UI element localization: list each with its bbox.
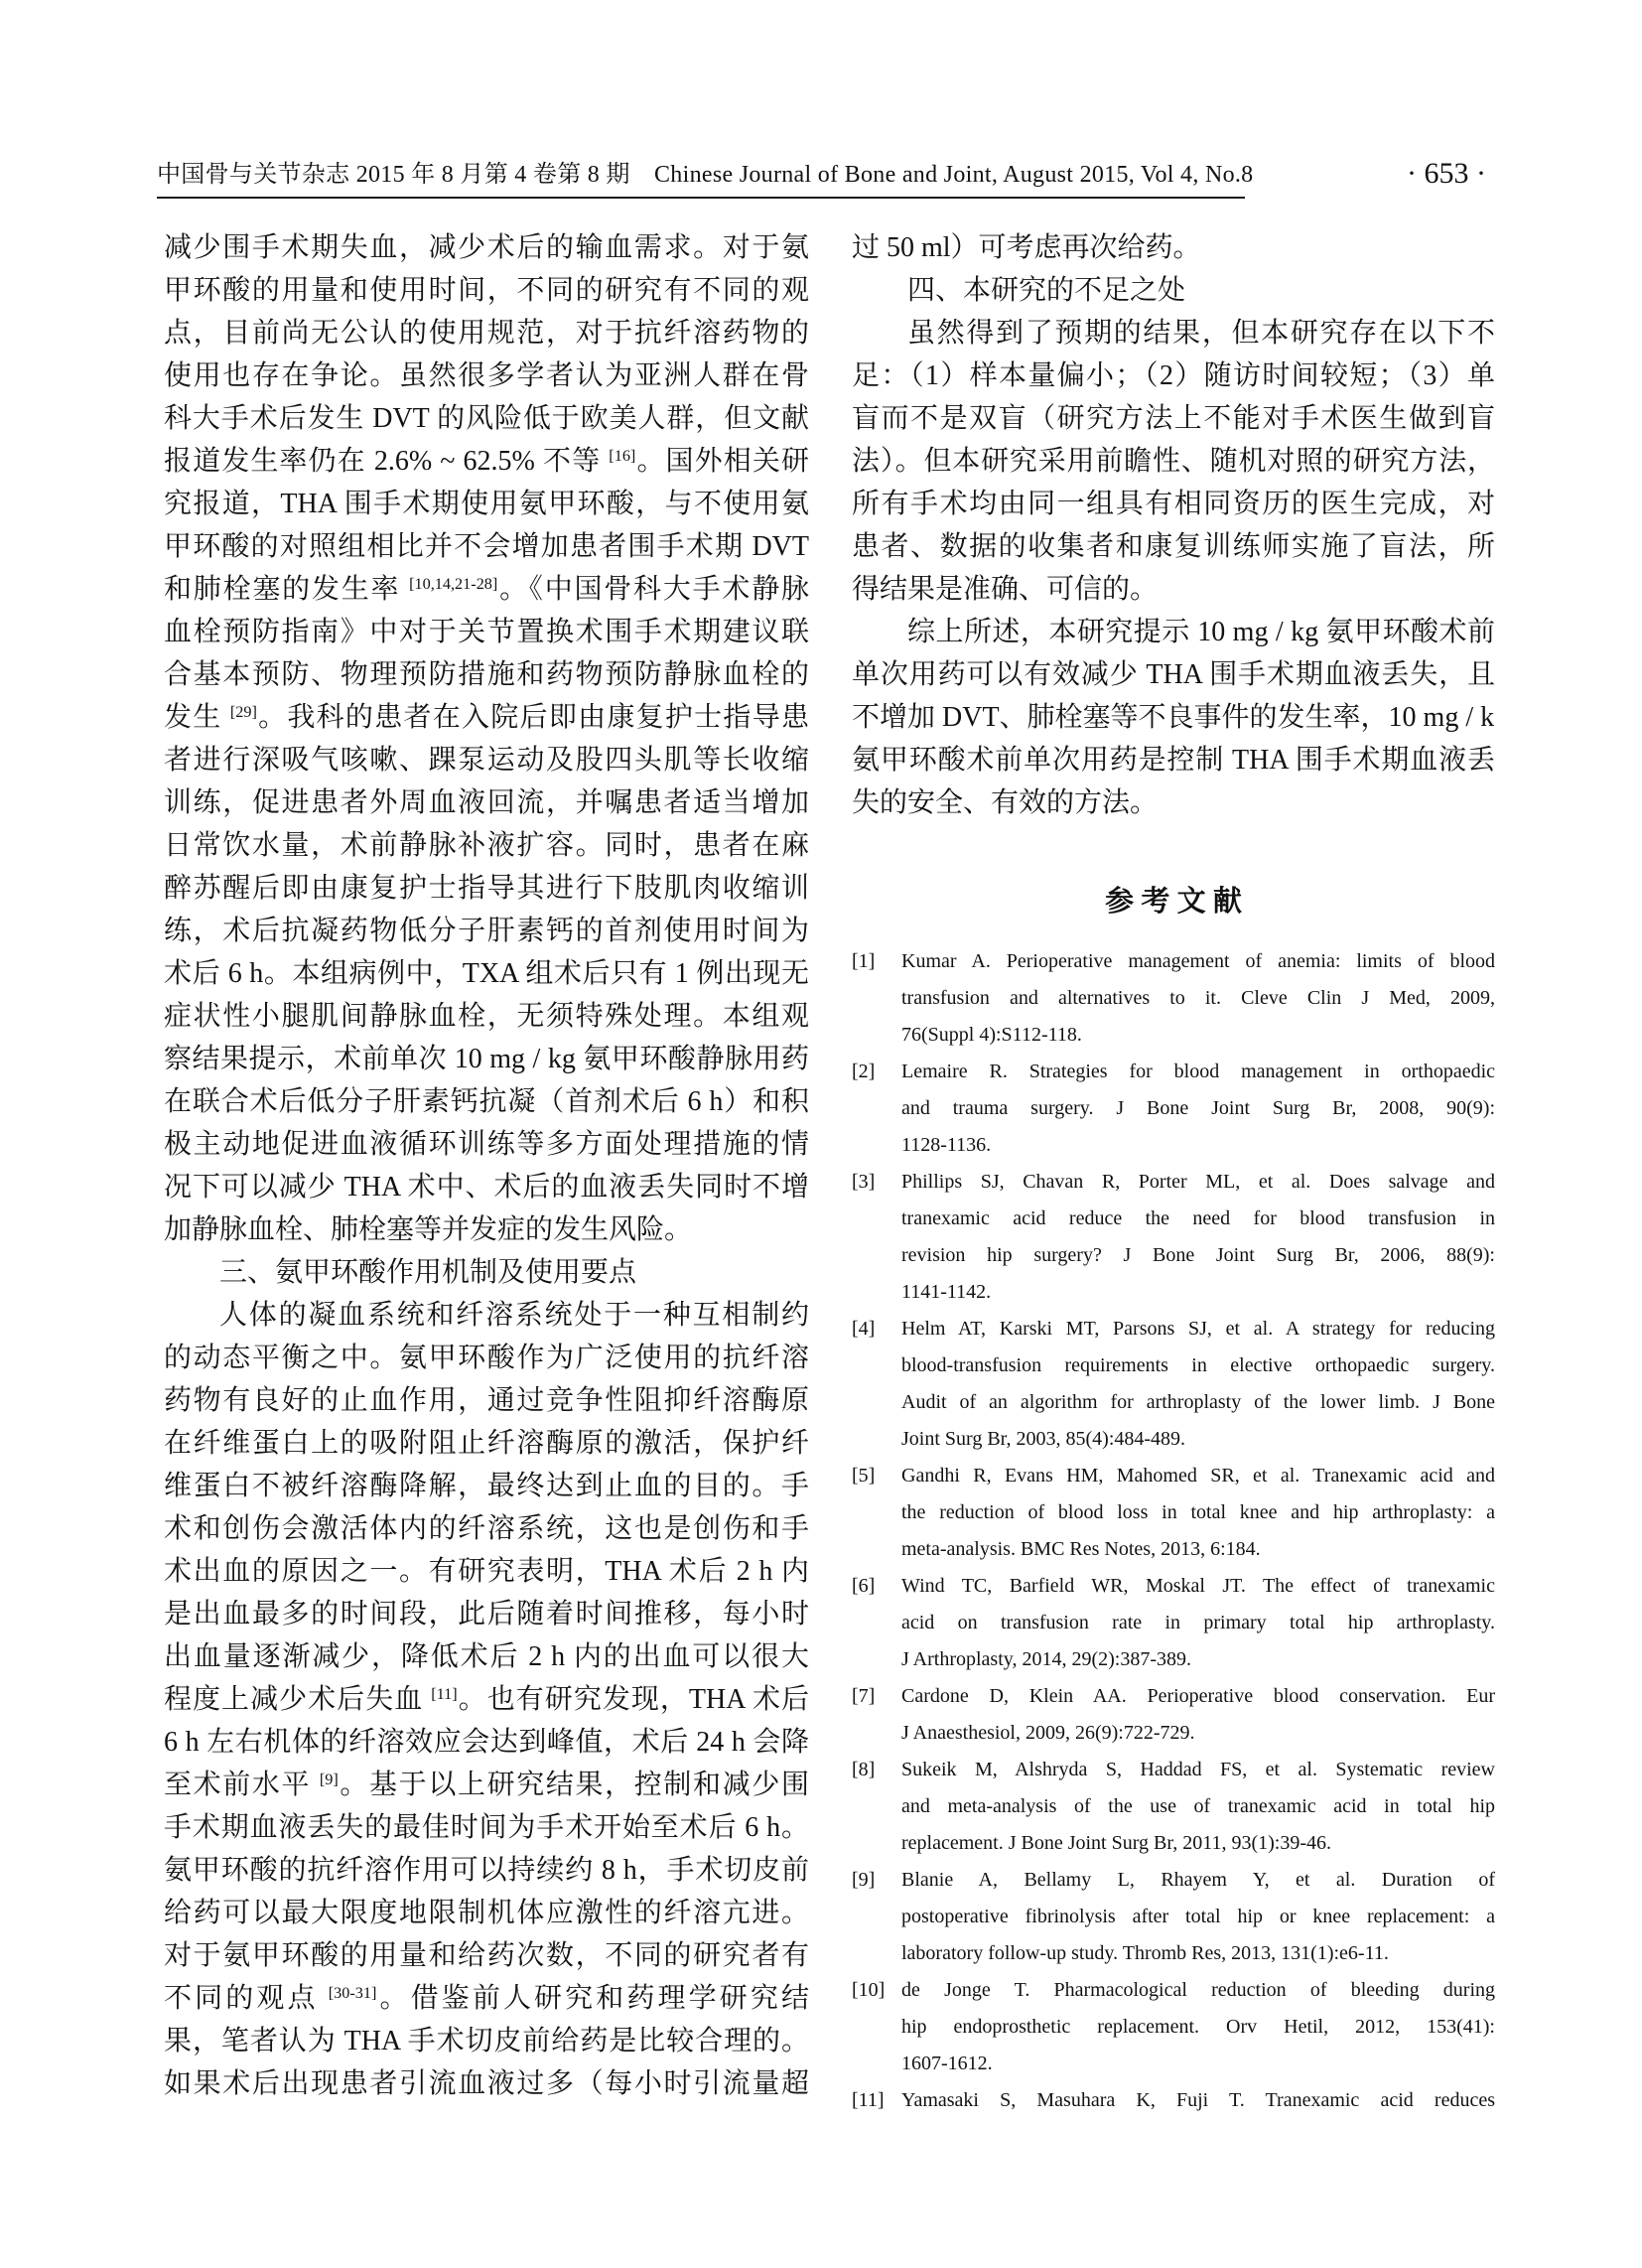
reference-item: [8]Sukeik M, Alshryda S, Haddad FS, et a…: [852, 1752, 1495, 1862]
text-line: 果，笔者认为 THA 手术切皮前给药是比较合理的。: [164, 2020, 809, 2062]
reference-item: [10]de Jonge T. Pharmacological reductio…: [852, 1972, 1495, 2082]
text-line: 给药可以最大限度地限制机体应激性的纤溶亢进。: [164, 1892, 809, 1934]
text-line: 维蛋白不被纤溶酶降解，最终达到止血的目的。手: [164, 1465, 809, 1507]
text-line: 程度上减少术后失血 [11]。也有研究发现，THA 术后: [164, 1678, 809, 1721]
text-line: 加静脉血栓、肺栓塞等并发症的发生风险。: [164, 1208, 809, 1251]
reference-line: 1128-1136.: [901, 1127, 1495, 1164]
references-title: 参 考 文 献: [852, 882, 1495, 921]
reference-item: [3]Phillips SJ, Chavan R, Porter ML, et …: [852, 1164, 1495, 1311]
reference-text: Gandhi R, Evans HM, Mahomed SR, et al. T…: [901, 1458, 1495, 1568]
text-line: 足：（1）样本量偏小；（2）随访时间较短；（3）单: [852, 354, 1495, 397]
text-line: 报道发生率仍在 2.6% ~ 62.5% 不等 [16]。国外相关研: [164, 440, 809, 483]
text-line: 患者、数据的收集者和康复训练师实施了盲法，所: [852, 525, 1495, 568]
reference-line: laboratory follow-up study. Thromb Res, …: [901, 1935, 1495, 1972]
reference-item: [7]Cardone D, Klein AA. Perioperative bl…: [852, 1678, 1495, 1752]
text-line: 得结果是准确、可信的。: [852, 568, 1495, 611]
text-line: 人体的凝血系统和纤溶系统处于一种互相制约: [164, 1294, 809, 1337]
text-line: 虽然得到了预期的结果，但本研究存在以下不: [852, 312, 1495, 354]
reference-line: tranexamic acid reduce the need for bloo…: [901, 1201, 1495, 1237]
text-line: 在联合术后低分子肝素钙抗凝（首剂术后 6 h）和积: [164, 1080, 809, 1123]
reference-number: [4]: [852, 1311, 901, 1458]
reference-line: Helm AT, Karski MT, Parsons SJ, et al. A…: [901, 1311, 1495, 1347]
reference-line: Cardone D, Klein AA. Perioperative blood…: [901, 1678, 1495, 1715]
reference-line: Blanie A, Bellamy L, Rhayem Y, et al. Du…: [901, 1862, 1495, 1899]
text-line: 甲环酸的对照组相比并不会增加患者围手术期 DVT: [164, 525, 809, 568]
text-line: 者进行深吸气咳嗽、踝泵运动及股四头肌等长收缩: [164, 739, 809, 781]
text-line: 法）。但本研究采用前瞻性、随机对照的研究方法，: [852, 440, 1495, 483]
text-line: 血栓预防指南》中对于关节置换术围手术期建议联: [164, 611, 809, 653]
text-line: 合基本预防、物理预防措施和药物预防静脉血栓的: [164, 653, 809, 696]
reference-text: Kumar A. Perioperative management of ane…: [901, 943, 1495, 1054]
reference-item: [1]Kumar A. Perioperative management of …: [852, 943, 1495, 1054]
reference-number: [3]: [852, 1164, 901, 1311]
text-line: 症状性小腿肌间静脉血栓，无须特殊处理。本组观: [164, 995, 809, 1038]
reference-line: the reduction of blood loss in total kne…: [901, 1494, 1495, 1531]
reference-line: Gandhi R, Evans HM, Mahomed SR, et al. T…: [901, 1458, 1495, 1494]
text-line: 综上所述，本研究提示 10 mg / kg 氨甲环酸术前: [852, 611, 1495, 653]
text-line: 药物有良好的止血作用，通过竞争性阻抑纤溶酶原: [164, 1379, 809, 1422]
text-line: 出血量逐渐减少，降低术后 2 h 内的出血可以很大: [164, 1635, 809, 1678]
reference-text: Sukeik M, Alshryda S, Haddad FS, et al. …: [901, 1752, 1495, 1862]
text-line: 如果术后出现患者引流血液过多（每小时引流量超: [164, 2062, 809, 2105]
reference-number: [10]: [852, 1972, 901, 2082]
reference-text: Wind TC, Barfield WR, Moskal JT. The eff…: [901, 1568, 1495, 1678]
reference-text: Helm AT, Karski MT, Parsons SJ, et al. A…: [901, 1311, 1495, 1458]
reference-item: [5]Gandhi R, Evans HM, Mahomed SR, et al…: [852, 1458, 1495, 1568]
reference-line: J Anaesthesiol, 2009, 26(9):722-729.: [901, 1715, 1495, 1752]
text-line: 日常饮水量，术前静脉补液扩容。同时，患者在麻: [164, 824, 809, 867]
reference-line: Joint Surg Br, 2003, 85(4):484-489.: [901, 1421, 1495, 1458]
text-line: 手术期血液丢失的最佳时间为手术开始至术后 6 h。: [164, 1806, 809, 1849]
text-line: 失的安全、有效的方法。: [852, 781, 1495, 824]
reference-line: Lemaire R. Strategies for blood manageme…: [901, 1054, 1495, 1090]
text-line: 所有手术均由同一组具有相同资历的医生完成，对: [852, 483, 1495, 525]
reference-line: transfusion and alternatives to it. Clev…: [901, 980, 1495, 1017]
text-line: 使用也存在争论。虽然很多学者认为亚洲人群在骨: [164, 354, 809, 397]
text-line: 究报道，THA 围手术期使用氨甲环酸，与不使用氨: [164, 483, 809, 525]
text-line: 极主动地促进血液循环训练等多方面处理措施的情: [164, 1123, 809, 1166]
reference-text: Cardone D, Klein AA. Perioperative blood…: [901, 1678, 1495, 1752]
reference-text: Yamasaki S, Masuhara K, Fuji T. Tranexam…: [901, 2082, 1495, 2119]
reference-number: [9]: [852, 1862, 901, 1972]
reference-line: acid on transfusion rate in primary tota…: [901, 1605, 1495, 1641]
text-line: 术后 6 h。本组病例中，TXA 组术后只有 1 例出现无: [164, 952, 809, 995]
text-line: 发生 [29]。我科的患者在入院后即由康复护士指导患: [164, 696, 809, 739]
text-line: 三、氨甲环酸作用机制及使用要点: [164, 1251, 809, 1294]
reference-line: and trauma surgery. J Bone Joint Surg Br…: [901, 1090, 1495, 1127]
reference-line: blood-transfusion requirements in electi…: [901, 1347, 1495, 1384]
text-line: 练，术后抗凝药物低分子肝素钙的首剂使用时间为: [164, 910, 809, 952]
text-line: 至术前水平 [9]。基于以上研究结果，控制和减少围: [164, 1764, 809, 1806]
reference-line: Wind TC, Barfield WR, Moskal JT. The eff…: [901, 1568, 1495, 1605]
reference-line: 76(Suppl 4):S112-118.: [901, 1017, 1495, 1054]
reference-number: [5]: [852, 1458, 901, 1568]
reference-line: meta-analysis. BMC Res Notes, 2013, 6:18…: [901, 1531, 1495, 1568]
text-line: 对于氨甲环酸的用量和给药次数，不同的研究者有: [164, 1934, 809, 1977]
text-line: 和肺栓塞的发生率 [10,14,21-28]。《中国骨科大手术静脉: [164, 568, 809, 611]
reference-line: de Jonge T. Pharmacological reduction of…: [901, 1972, 1495, 2009]
text-line: 的动态平衡之中。氨甲环酸作为广泛使用的抗纤溶: [164, 1337, 809, 1379]
reference-number: [7]: [852, 1678, 901, 1752]
references-list: [1]Kumar A. Perioperative management of …: [852, 943, 1495, 2119]
reference-line: Kumar A. Perioperative management of ane…: [901, 943, 1495, 980]
reference-item: [6]Wind TC, Barfield WR, Moskal JT. The …: [852, 1568, 1495, 1678]
reference-item: [4]Helm AT, Karski MT, Parsons SJ, et al…: [852, 1311, 1495, 1458]
text-line: 点，目前尚无公认的使用规范，对于抗纤溶药物的: [164, 312, 809, 354]
text-line: 科大手术后发生 DVT 的风险低于欧美人群，但文献: [164, 397, 809, 440]
reference-line: Phillips SJ, Chavan R, Porter ML, et al.…: [901, 1164, 1495, 1201]
reference-line: Sukeik M, Alshryda S, Haddad FS, et al. …: [901, 1752, 1495, 1788]
reference-line: 1141-1142.: [901, 1274, 1495, 1311]
reference-line: hip endoprosthetic replacement. Orv Heti…: [901, 2009, 1495, 2046]
left-column: 减少围手术期失血，减少术后的输血需求。对于氨甲环酸的用量和使用时间，不同的研究有…: [164, 226, 809, 2105]
journal-page: 中国骨与关节杂志 2015 年 8 月第 4 卷第 8 期 Chinese Jo…: [0, 0, 1642, 2268]
text-line: 是出血最多的时间段，此后随着时间推移，每小时: [164, 1593, 809, 1635]
reference-line: postoperative fibrinolysis after total h…: [901, 1899, 1495, 1935]
text-line: 不增加 DVT、肺栓塞等不良事件的发生率，10 mg / kg: [852, 696, 1495, 739]
reference-number: [6]: [852, 1568, 901, 1678]
reference-line: revision hip surgery? J Bone Joint Surg …: [901, 1237, 1495, 1274]
reference-line: 1607-1612.: [901, 2046, 1495, 2082]
text-line: 过 50 ml）可考虑再次给药。: [852, 226, 1495, 269]
reference-text: Lemaire R. Strategies for blood manageme…: [901, 1054, 1495, 1164]
text-line: 醉苏醒后即由康复护士指导其进行下肢肌肉收缩训: [164, 867, 809, 910]
reference-line: Yamasaki S, Masuhara K, Fuji T. Tranexam…: [901, 2082, 1495, 2119]
text-line: 6 h 左右机体的纤溶效应会达到峰值，术后 24 h 会降: [164, 1721, 809, 1764]
reference-line: Audit of an algorithm for arthroplasty o…: [901, 1384, 1495, 1421]
text-line: 察结果提示，术前单次 10 mg / kg 氨甲环酸静脉用药: [164, 1038, 809, 1080]
reference-item: [11]Yamasaki S, Masuhara K, Fuji T. Tran…: [852, 2082, 1495, 2119]
text-line: 训练，促进患者外周血液回流，并嘱患者适当增加: [164, 781, 809, 824]
text-line: 氨甲环酸术前单次用药是控制 THA 围手术期血液丢: [852, 739, 1495, 781]
text-line: 不同的观点 [30-31]。借鉴前人研究和药理学研究结: [164, 1977, 809, 2020]
text-line: 在纤维蛋白上的吸附阻止纤溶酶原的激活，保护纤: [164, 1422, 809, 1465]
text-line: 氨甲环酸的抗纤溶作用可以持续约 8 h，手术切皮前: [164, 1849, 809, 1892]
reference-line: and meta-analysis of the use of tranexam…: [901, 1788, 1495, 1825]
reference-text: de Jonge T. Pharmacological reduction of…: [901, 1972, 1495, 2082]
reference-number: [1]: [852, 943, 901, 1054]
text-line: 况下可以减少 THA 术中、术后的血液丢失同时不增: [164, 1166, 809, 1208]
text-line: 四、本研究的不足之处: [852, 269, 1495, 312]
reference-number: [11]: [852, 2082, 901, 2119]
text-line: 术出血的原因之一。有研究表明，THA 术后 2 h 内: [164, 1550, 809, 1593]
reference-line: J Arthroplasty, 2014, 29(2):387-389.: [901, 1641, 1495, 1678]
page-number: · 653 ·: [1392, 157, 1501, 191]
text-line: 单次用药可以有效减少 THA 围手术期血液丢失，且: [852, 653, 1495, 696]
text-line: 盲而不是双盲（研究方法上不能对手术医生做到盲: [852, 397, 1495, 440]
reference-item: [2]Lemaire R. Strategies for blood manag…: [852, 1054, 1495, 1164]
journal-citation-header: 中国骨与关节杂志 2015 年 8 月第 4 卷第 8 期 Chinese Jo…: [157, 159, 1245, 199]
text-line: 甲环酸的用量和使用时间，不同的研究有不同的观: [164, 269, 809, 312]
text-line: 减少围手术期失血，减少术后的输血需求。对于氨: [164, 226, 809, 269]
text-line: 术和创伤会激活体内的纤溶系统，这也是创伤和手: [164, 1507, 809, 1550]
reference-text: Blanie A, Bellamy L, Rhayem Y, et al. Du…: [901, 1862, 1495, 1972]
reference-number: [2]: [852, 1054, 901, 1164]
reference-line: replacement. J Bone Joint Surg Br, 2011,…: [901, 1825, 1495, 1862]
reference-item: [9]Blanie A, Bellamy L, Rhayem Y, et al.…: [852, 1862, 1495, 1972]
reference-text: Phillips SJ, Chavan R, Porter ML, et al.…: [901, 1164, 1495, 1311]
reference-number: [8]: [852, 1752, 901, 1862]
right-column-body: 过 50 ml）可考虑再次给药。四、本研究的不足之处虽然得到了预期的结果，但本研…: [852, 226, 1495, 824]
